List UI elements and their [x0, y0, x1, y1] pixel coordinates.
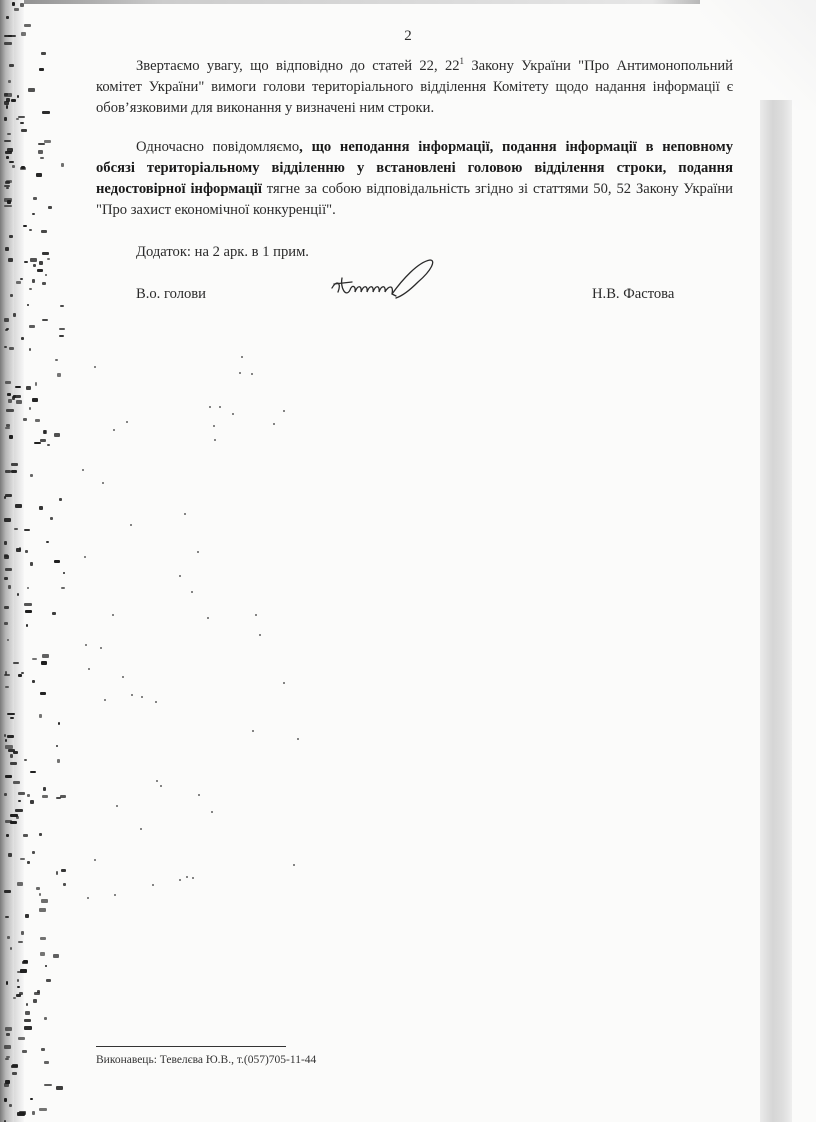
footer-divider	[96, 1046, 286, 1047]
paragraph-liability-lead: Одночасно повідомляємо	[136, 139, 299, 155]
attachment-note: Додаток: на 2 арк. в 1 прим.	[136, 244, 309, 261]
scan-left-edge	[0, 0, 14, 1122]
signature-icon	[322, 258, 442, 308]
executor-contact: Виконавець: Тевелєва Ю.В., т.(057)705-11…	[96, 1054, 316, 1066]
signer-name: Н.В. Фастова	[592, 286, 674, 303]
paragraph-notice-text: Звертаємо увагу, що відповідно до статей…	[136, 58, 460, 74]
paragraph-notice: Звертаємо увагу, що відповідно до статей…	[96, 56, 733, 119]
scan-top-edge	[0, 0, 816, 4]
scan-right-band	[760, 100, 792, 1122]
signer-position: В.о. голови	[136, 286, 206, 303]
paragraph-liability: Одночасно повідомляємо, що неподання інф…	[96, 137, 733, 221]
page-number: 2	[0, 28, 816, 45]
